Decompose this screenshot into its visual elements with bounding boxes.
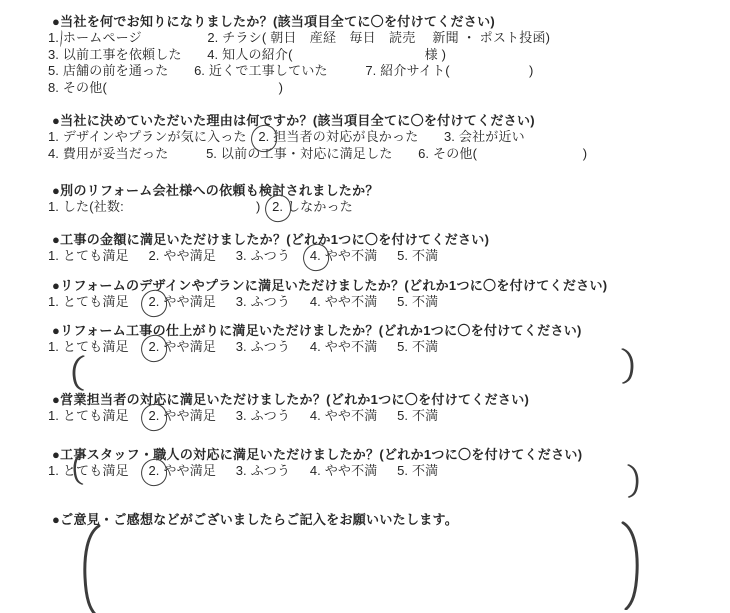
option: 5.店舗の前を通った xyxy=(48,63,168,80)
option-number: 4. xyxy=(207,47,218,62)
option-text: 店舗の前を通った xyxy=(63,63,169,78)
option: 2.やや満足 xyxy=(148,248,216,265)
option-number: 4. xyxy=(310,294,321,309)
option: 2.やや満足 xyxy=(148,463,216,480)
option-number: 1. xyxy=(48,248,59,263)
option-number: 1. xyxy=(48,294,59,309)
option-number: 5. xyxy=(397,463,408,478)
option-number: 5. xyxy=(48,63,59,78)
option: 5.不満 xyxy=(397,248,438,265)
option-number: 2. xyxy=(148,408,159,423)
option: 2.チラシ( 朝日 産経 毎日 読売 新聞 ・ ポスト投函) xyxy=(207,30,550,47)
option-number: 1. xyxy=(48,30,59,45)
option-text: した(社数: ) xyxy=(63,199,261,214)
option: 3.ふつう xyxy=(236,408,290,425)
option: 3.会社が近い xyxy=(444,129,525,146)
option-number: 4. xyxy=(310,463,321,478)
option: 1.とても満足 xyxy=(48,339,129,356)
option: 3.ふつう xyxy=(236,248,290,265)
option-text: しなかった xyxy=(287,199,353,214)
option-number: 3. xyxy=(48,47,59,62)
option: 4.やや不満 xyxy=(310,294,378,311)
option: 3.ふつう xyxy=(236,294,290,311)
question-title: ●工事の金額に満足いただけましたか？(どれか1つに〇を付けてください) xyxy=(52,231,716,248)
option: 5.不満 xyxy=(397,294,438,311)
option-text: やや不満 xyxy=(325,463,378,478)
question-finish-satisfaction: ●リフォーム工事の仕上がりに満足いただけましたか？(どれか1つに〇を付けてくださ… xyxy=(48,322,716,356)
option-text: やや不満 xyxy=(325,408,378,423)
option: 2.しなかった xyxy=(272,199,353,216)
option-text: その他( ) xyxy=(63,80,283,95)
option-number: 1. xyxy=(48,408,59,423)
question-title: ●リフォーム工事の仕上がりに満足いただけましたか？(どれか1つに〇を付けてくださ… xyxy=(52,322,716,339)
option-number: 2. xyxy=(207,30,218,45)
option-number: 3. xyxy=(444,129,455,144)
option-text: やや満足 xyxy=(163,339,216,354)
option: 4.やや不満 xyxy=(310,248,378,265)
option: 1.とても満足 xyxy=(48,463,129,480)
options-line: 5.店舗の前を通った 6.近くで工事していた 7.紹介サイト( ) xyxy=(48,63,716,80)
question-title: ●営業担当者の対応に満足いただけましたか？(どれか1つに〇を付けてください) xyxy=(52,391,716,408)
option: 6.近くで工事していた xyxy=(194,63,328,80)
options-line: 1.とても満足 2.やや満足 3.ふつう 4.やや不満 5.不満 xyxy=(48,294,716,311)
question-design-satisfaction: ●リフォームのデザインやプランに満足いただけましたか？(どれか1つに〇を付けてく… xyxy=(48,277,716,311)
options-line: 4.費用が妥当だった 5.以前の工事・対応に満足した 6.その他( ) xyxy=(48,146,716,163)
question-considered-other-companies: ●別のリフォーム会社様への依頼も検討されましたか？ 1.した(社数: ) 2.し… xyxy=(48,182,716,216)
option: 4.やや不満 xyxy=(310,339,378,356)
option: 1.とても満足 xyxy=(48,408,129,425)
option: 4.費用が妥当だった xyxy=(48,146,168,163)
option: 4.やや不満 xyxy=(310,408,378,425)
option-number: 3. xyxy=(236,294,247,309)
option-text: 会社が近い xyxy=(459,129,525,144)
option: 7.紹介サイト( ) xyxy=(365,63,533,80)
option: 3.ふつう xyxy=(236,463,290,480)
question-title: ●リフォームのデザインやプランに満足いただけましたか？(どれか1つに〇を付けてく… xyxy=(52,277,716,294)
option-text: その他( ) xyxy=(433,146,587,161)
option-number: 4. xyxy=(48,146,59,161)
option-text: とても満足 xyxy=(63,294,129,309)
option-text: 以前工事を依頼した xyxy=(63,47,182,62)
options-line: 1.とても満足 2.やや満足 3.ふつう 4.やや不満 5.不満 xyxy=(48,339,716,356)
option-text: とても満足 xyxy=(63,248,129,263)
option-number: 7. xyxy=(365,63,376,78)
option-text: 不満 xyxy=(412,463,438,478)
option-text: 知人の紹介( 様 ) xyxy=(222,47,446,62)
option-text: やや満足 xyxy=(163,408,216,423)
option: 5.不満 xyxy=(397,339,438,356)
option-text: 費用が妥当だった xyxy=(63,146,169,161)
option-number: 2. xyxy=(148,339,159,354)
option-number: 5. xyxy=(397,294,408,309)
question-reason-chosen: ●当社に決めていただいた理由は何ですか？(該当項目全てに〇を付けてください) 1… xyxy=(48,112,716,162)
question-free-comments: ●ご意見・ご感想などがございましたらご記入をお願いいたします。 xyxy=(48,511,716,528)
option-text: とても満足 xyxy=(63,408,129,423)
option-text: ふつう xyxy=(251,408,291,423)
options-line: 3.以前工事を依頼した 4.知人の紹介( 様 ) xyxy=(48,47,716,64)
option-number: 3. xyxy=(236,463,247,478)
option-text: 近くで工事していた xyxy=(209,63,328,78)
option-text: 不満 xyxy=(412,248,438,263)
option-number: 2. xyxy=(272,199,283,214)
option-text: ふつう xyxy=(251,248,291,263)
option-number: 3. xyxy=(236,339,247,354)
option-number: 5. xyxy=(397,339,408,354)
options-line: 8.その他( ) xyxy=(48,80,716,97)
comment-bracket-left-q6 xyxy=(72,355,86,391)
option-text: ふつう xyxy=(251,463,291,478)
option-number: 2. xyxy=(258,129,269,144)
option-number: 4. xyxy=(310,339,321,354)
option-text: やや不満 xyxy=(325,339,378,354)
question-title: ●工事スタッフ・職人の対応に満足いただけましたか？(どれか1つに〇を付けてくださ… xyxy=(52,446,716,463)
option: 1.とても満足 xyxy=(48,294,129,311)
option-number: 5. xyxy=(397,248,408,263)
option-text: 以前の工事・対応に満足した xyxy=(221,146,393,161)
option: 8.その他( ) xyxy=(48,80,283,97)
options-line: 1.した(社数: ) 2.しなかった xyxy=(48,199,716,216)
option: 3.以前工事を依頼した xyxy=(48,47,182,64)
option-text: とても満足 xyxy=(63,463,129,478)
option-text: ふつう xyxy=(251,339,291,354)
option-number: 2. xyxy=(148,294,159,309)
comment-bracket-right-q9 xyxy=(620,521,640,610)
option-text: 不満 xyxy=(412,294,438,309)
option-number: 3. xyxy=(236,248,247,263)
option-text: やや不満 xyxy=(325,294,378,309)
option-text: デザインやプランが気に入った xyxy=(63,129,247,144)
question-title: ●別のリフォーム会社様への依頼も検討されましたか？ xyxy=(52,182,716,199)
option-text: やや満足 xyxy=(163,294,216,309)
option: 1.した(社数: ) xyxy=(48,199,261,216)
option: 2.担当者の対応が良かった xyxy=(258,129,418,146)
question-staff-satisfaction: ●工事スタッフ・職人の対応に満足いただけましたか？(どれか1つに〇を付けてくださ… xyxy=(48,446,716,480)
option: 5.不満 xyxy=(397,463,438,480)
option: 2.やや満足 xyxy=(148,339,216,356)
option-text: 紹介サイト( ) xyxy=(380,63,533,78)
option: 5.不満 xyxy=(397,408,438,425)
option-number: 1. xyxy=(48,199,59,214)
options-line: 1.ホームページ 2.チラシ( 朝日 産経 毎日 読売 新聞 ・ ポスト投函) xyxy=(48,30,716,47)
option-number: 5. xyxy=(206,146,217,161)
option-number: 1. xyxy=(48,339,59,354)
question-price-satisfaction: ●工事の金額に満足いただけましたか？(どれか1つに〇を付けてください) 1.とて… xyxy=(48,231,716,265)
option-text: やや満足 xyxy=(163,248,216,263)
option-text: 不満 xyxy=(412,339,438,354)
option-number: 1. xyxy=(48,129,59,144)
scanned-survey-page: ●当社を何でお知りになりましたか？(該当項目全てに〇を付けてください) 1.ホー… xyxy=(0,0,730,613)
question-title: ●当社を何でお知りになりましたか？(該当項目全てに〇を付けてください) xyxy=(52,13,716,30)
option: 6.その他( ) xyxy=(418,146,587,163)
option-number: 6. xyxy=(418,146,429,161)
option-number: 1. xyxy=(48,463,59,478)
option: 3.ふつう xyxy=(236,339,290,356)
option-text: やや満足 xyxy=(163,463,216,478)
option: 2.やや満足 xyxy=(148,294,216,311)
comment-bracket-left-q9 xyxy=(82,524,102,613)
option: 1.とても満足 xyxy=(48,248,129,265)
option-number: 2. xyxy=(148,463,159,478)
option-text: 不満 xyxy=(412,408,438,423)
options-line: 1.デザインやプランが気に入った 2.担当者の対応が良かった 3.会社が近い xyxy=(48,129,716,146)
option-number: 5. xyxy=(397,408,408,423)
option: 2.やや満足 xyxy=(148,408,216,425)
option-number: 6. xyxy=(194,63,205,78)
option: 4.知人の紹介( 様 ) xyxy=(207,47,446,64)
option-text: とても満足 xyxy=(63,339,129,354)
option: 5.以前の工事・対応に満足した xyxy=(206,146,392,163)
option: 1.デザインやプランが気に入った xyxy=(48,129,247,146)
question-how-did-you-hear: ●当社を何でお知りになりましたか？(該当項目全てに〇を付けてください) 1.ホー… xyxy=(48,13,716,96)
options-line: 1.とても満足 2.やや満足 3.ふつう 4.やや不満 5.不満 xyxy=(48,248,716,265)
option-number: 4. xyxy=(310,248,321,263)
option-number: 3. xyxy=(236,408,247,423)
option: 4.やや不満 xyxy=(310,463,378,480)
option-number: 2. xyxy=(148,248,159,263)
option-text: チラシ( 朝日 産経 毎日 読売 新聞 ・ ポスト投函) xyxy=(222,30,550,45)
question-sales-rep-satisfaction: ●営業担当者の対応に満足いただけましたか？(どれか1つに〇を付けてください) 1… xyxy=(48,391,716,425)
options-line: 1.とても満足 2.やや満足 3.ふつう 4.やや不満 5.不満 xyxy=(48,463,716,480)
option: 1.ホームページ xyxy=(48,30,142,47)
option-text: ふつう xyxy=(251,294,291,309)
question-title: ●ご意見・ご感想などがございましたらご記入をお願いいたします。 xyxy=(52,511,716,528)
option-text: ホームページ xyxy=(63,30,142,45)
options-line: 1.とても満足 2.やや満足 3.ふつう 4.やや不満 5.不満 xyxy=(48,408,716,425)
question-title: ●当社に決めていただいた理由は何ですか？(該当項目全てに〇を付けてください) xyxy=(52,112,716,129)
option-text: やや不満 xyxy=(325,248,378,263)
option-number: 8. xyxy=(48,80,59,95)
option-number: 4. xyxy=(310,408,321,423)
option-text: 担当者の対応が良かった xyxy=(273,129,418,144)
